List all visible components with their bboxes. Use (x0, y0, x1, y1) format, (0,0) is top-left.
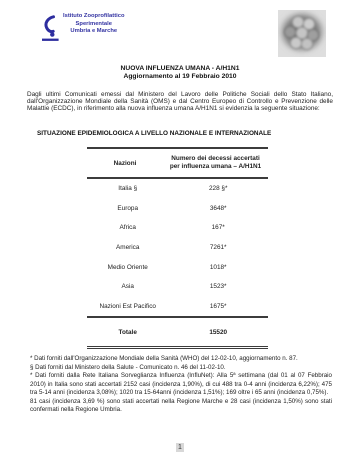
logo-line1: Istituto Zooprofilattico (63, 13, 125, 21)
deaths-table: Nazioni Numero dei decessi accertati per… (87, 147, 268, 349)
footnote-who: * Dati forniti dall'Organizzazione Mondi… (30, 355, 332, 364)
page-number: 1 (176, 443, 184, 452)
table-row: Asia 1523* (87, 277, 268, 297)
footnote-regioni: 81 casi (incidenza 3,69 %) sono stati ac… (30, 398, 332, 415)
nation-cell: Africa (87, 224, 168, 231)
section-heading: SITUAZIONE EPIDEMIOLOGICA A LIVELLO NAZI… (37, 130, 271, 137)
footnote-ministero: § Dati forniti dal Ministero della Salut… (30, 364, 332, 373)
microscope-icon (41, 15, 60, 47)
footnotes: * Dati forniti dall'Organizzazione Mondi… (30, 355, 332, 415)
logo-line2: Sperimentale (63, 21, 125, 29)
total-value: 15520 (168, 329, 268, 336)
nation-cell: Europa (87, 205, 168, 212)
title-line2: Aggiornamento al 19 Febbraio 2010 (0, 73, 360, 81)
document-page: Istituto Zooprofilattico Sperimentale Um… (0, 0, 360, 466)
table-header-row: Nazioni Numero dei decessi accertati per… (87, 149, 268, 179)
title-line1: NUOVA INFLUENZA UMANA - A/H1N1 (0, 65, 360, 73)
nation-cell: Asia (87, 283, 168, 290)
nation-cell: Italia § (87, 185, 168, 192)
nation-cell: America (87, 244, 168, 251)
logo-line3: Umbria e Marche (63, 28, 125, 36)
table-row: America 7261* (87, 238, 268, 258)
intro-paragraph: Dagli ultimi Comunicati emessi dal Minis… (27, 91, 333, 112)
table-row: Europa 3648* (87, 199, 268, 219)
page-footer: 1 (0, 436, 360, 454)
value-cell: 228 §* (168, 185, 268, 192)
table-total-row: Totale 15520 (87, 316, 268, 346)
header-deaths: Numero dei decessi accertati per influen… (163, 155, 268, 171)
institute-logo: Istituto Zooprofilattico Sperimentale Um… (41, 13, 125, 47)
value-cell: 3648* (168, 205, 268, 212)
header-nations: Nazioni (87, 160, 163, 167)
value-cell: 167* (168, 224, 268, 231)
footnote-influnet: * Dati forniti dalla Rete Italiana Sorve… (30, 372, 332, 398)
value-cell: 1675* (168, 303, 268, 310)
table-row: Africa 167* (87, 218, 268, 238)
table-row: Nazioni Est Pacifico 1675* (87, 297, 268, 317)
total-label: Totale (87, 329, 168, 336)
value-cell: 1523* (168, 283, 268, 290)
table-row: Italia § 228 §* (87, 179, 268, 199)
table-row: Medio Oriente 1018* (87, 257, 268, 277)
nation-cell: Medio Oriente (87, 264, 168, 271)
value-cell: 1018* (168, 264, 268, 271)
value-cell: 7261* (168, 244, 268, 251)
virus-micrograph-image (278, 10, 326, 57)
document-title: NUOVA INFLUENZA UMANA - A/H1N1 Aggiornam… (0, 65, 360, 81)
nation-cell: Nazioni Est Pacifico (87, 303, 168, 310)
